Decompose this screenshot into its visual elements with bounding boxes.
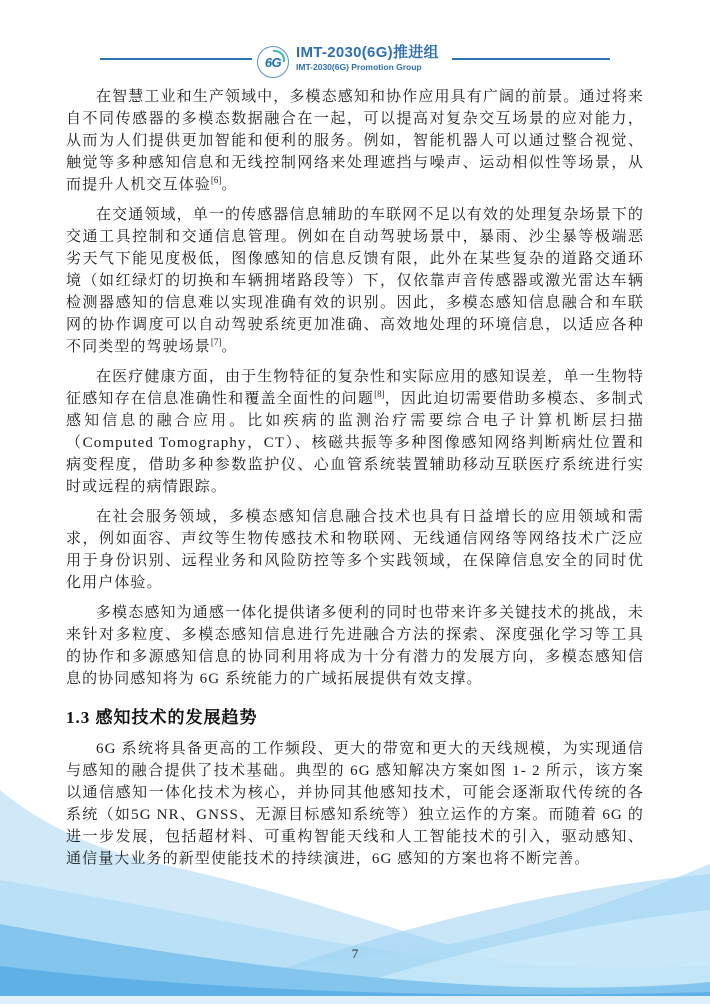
paragraph-text: 多模态感知为通感一体化提供诸多便利的同时也带来许多关键技术的挑战，未来针对多粒度… bbox=[66, 605, 644, 687]
paragraph: 在医疗健康方面，由于生物特征的复杂性和实际应用的感知误差，单一生物特征感知存在信… bbox=[66, 366, 644, 498]
section-heading: 1.3 感知技术的发展趋势 bbox=[66, 703, 644, 728]
page-header: 6G IMT-2030(6G)推进组 IMT-2030(6G) Promotio… bbox=[0, 0, 710, 86]
paragraph-text: 。 bbox=[221, 339, 237, 355]
document-page: 6G IMT-2030(6G)推进组 IMT-2030(6G) Promotio… bbox=[0, 0, 710, 1004]
header-rule-right bbox=[452, 58, 610, 60]
paragraph: 多模态感知为通感一体化提供诸多便利的同时也带来许多关键技术的挑战，未来针对多粒度… bbox=[66, 602, 644, 690]
header-rule-left bbox=[100, 58, 252, 60]
paragraph-text: 在交通领域，单一的传感器信息辅助的车联网不足以有效的处理复杂场景下的交通工具控制… bbox=[66, 207, 644, 355]
paragraph: 6G 系统将具备更高的工作频段、更大的带宽和更大的天线规模，为实现通信与感知的融… bbox=[66, 738, 644, 870]
reference-marker: [8] bbox=[374, 389, 385, 399]
paragraph: 在交通领域，单一的传感器信息辅助的车联网不足以有效的处理复杂场景下的交通工具控制… bbox=[66, 204, 644, 358]
wave-bottom-strip bbox=[0, 996, 710, 1004]
body-content: 在智慧工业和生产领域中，多模态感知和协作应用具有广阔的前景。通过将来自不同传感器… bbox=[66, 86, 644, 878]
header-titles: IMT-2030(6G)推进组 IMT-2030(6G) Promotion G… bbox=[296, 44, 476, 73]
org-title-en: IMT-2030(6G) Promotion Group bbox=[296, 62, 476, 73]
page-number: 7 bbox=[0, 946, 710, 962]
paragraph-text: 在智慧工业和生产领域中，多模态感知和协作应用具有广阔的前景。通过将来自不同传感器… bbox=[66, 89, 644, 193]
reference-marker: [7] bbox=[211, 337, 222, 347]
paragraph: 在智慧工业和生产领域中，多模态感知和协作应用具有广阔的前景。通过将来自不同传感器… bbox=[66, 86, 644, 196]
paragraph-text: 6G 系统将具备更高的工作频段、更大的带宽和更大的天线规模，为实现通信与感知的融… bbox=[66, 741, 644, 867]
paragraph: 在社会服务领域，多模态感知信息融合技术也具有日益增长的应用领域和需求，例如面容、… bbox=[66, 506, 644, 594]
6g-logo-icon: 6G bbox=[257, 46, 289, 78]
org-title-cn: IMT-2030(6G)推进组 bbox=[296, 44, 476, 62]
paragraph-text: 。 bbox=[221, 177, 237, 193]
reference-marker: [6] bbox=[211, 175, 222, 185]
paragraph-text: 在社会服务领域，多模态感知信息融合技术也具有日益增长的应用领域和需求，例如面容、… bbox=[66, 509, 644, 591]
